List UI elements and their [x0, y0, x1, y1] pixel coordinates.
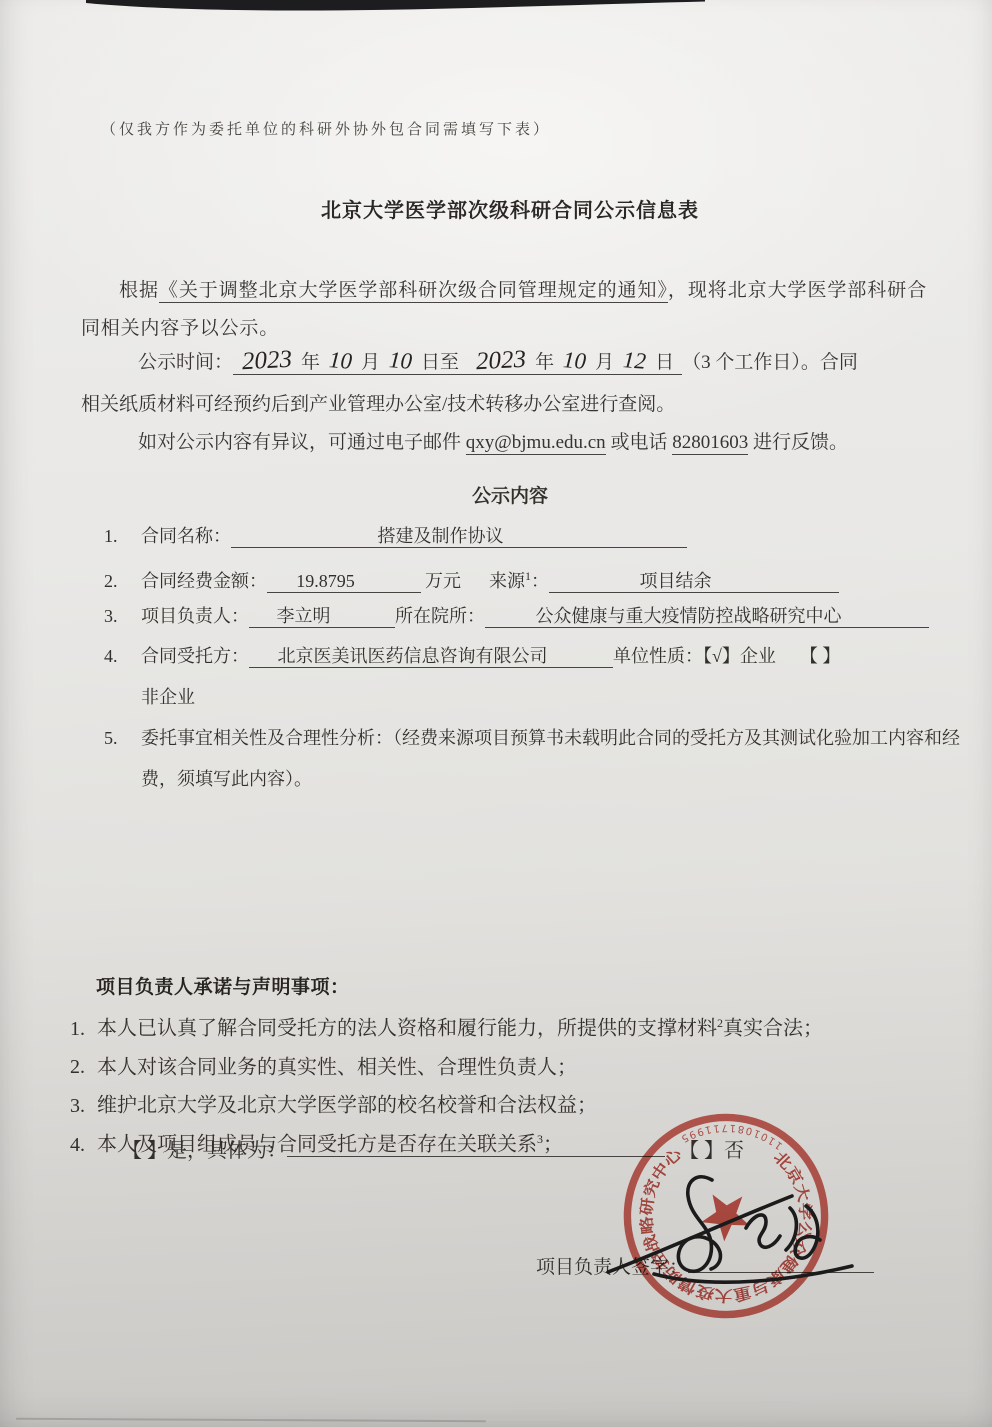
end-month-unit: 月 — [595, 352, 614, 373]
item-contract-name: 1.合同名称：搭建及制作协议 — [104, 516, 992, 557]
declaration-number: 3. — [70, 1090, 97, 1123]
entity-nature-label: 单位性质： — [613, 646, 703, 666]
declaration-text: 维护北京大学及北京大学医学部的校名校誉和合法权益； — [97, 1095, 597, 1117]
publicity-time-paragraph: 公示时间：2023年10月10日至2023年10月12日（3 个工作日）。合同 … — [81, 340, 992, 424]
end-month-handwritten: 10 — [562, 349, 586, 373]
end-year-handwritten: 2023 — [476, 349, 527, 374]
feedback-prefix: 如对公示内容有异议，可通过电子邮件 — [138, 432, 466, 453]
start-month-handwritten: 10 — [328, 349, 352, 373]
declaration-tail: 真实合法； — [723, 1018, 823, 1040]
publicity-time-line2: 相关纸质材料可经预约后到产业管理办公室/技术转移办公室进行查阅。 — [81, 386, 992, 424]
source-colon: ： — [531, 571, 549, 591]
intro-paragraph: 根据《关于调整北京大学医学部科研次级合同管理规定的通知》，现将北京大学医学部科研… — [81, 272, 927, 348]
feedback-middle: 或电话 — [606, 432, 673, 453]
declaration-number: 2. — [70, 1051, 97, 1084]
declaration-number: 1. — [70, 1013, 97, 1046]
end-date-blank: 2023年10月12日 — [467, 350, 682, 375]
start-date-blank: 2023年10月10日至 — [233, 350, 467, 375]
publicity-time-line1: 公示时间：2023年10月10日至2023年10月12日（3 个工作日）。合同 — [138, 340, 992, 386]
declaration-number: 4. — [70, 1129, 97, 1162]
item-number: 1. — [104, 516, 141, 557]
contract-name-value: 搭建及制作协议 — [231, 525, 687, 548]
item-number: 3. — [104, 596, 141, 637]
feedback-suffix: 进行反馈。 — [748, 432, 848, 453]
feedback-email: qxy@bjmu.edu.cn — [466, 432, 606, 455]
enterprise-checkbox-checked: 【√】企业 — [703, 646, 776, 666]
declaration-text: 本人已认真了解合同受托方的法人资格和履行能力，所提供的支撑材料 — [97, 1018, 717, 1040]
contractor-value: 北京医美讯医药信息咨询有限公司 — [249, 645, 613, 668]
pi-label: 项目负责人： — [141, 606, 249, 626]
end-day-handwritten: 12 — [622, 349, 646, 373]
month-unit: 月 — [361, 352, 380, 373]
start-day-handwritten: 10 — [388, 349, 412, 373]
start-year-handwritten: 2023 — [241, 349, 292, 374]
photo-background-edge — [0, 0, 992, 16]
declaration-item: 1.本人已认真了解合同受托方的法人资格和履行能力，所提供的支撑材料2真实合法； — [70, 1007, 946, 1046]
page-title: 北京大学医学部次级科研合同公示信息表 — [14, 194, 992, 223]
paper-crease — [16, 1418, 486, 1422]
dept-label: 所在院所： — [395, 606, 485, 626]
source-label: 来源 — [489, 571, 525, 591]
handwritten-signature — [594, 1166, 886, 1298]
feedback-paragraph: 如对公示内容有异议，可通过电子邮件 qxy@bjmu.edu.cn 或电话 82… — [81, 424, 992, 462]
declaration-item: 2.本人对该合同业务的真实性、相关性、合理性负责人； — [70, 1046, 946, 1085]
declaration-text: 本人对该合同业务的真实性、相关性、合理性负责人； — [97, 1056, 577, 1078]
end-day-unit: 日 — [655, 352, 674, 373]
intro-prefix: 根据 — [119, 280, 159, 301]
yes-detail-blank — [287, 1156, 665, 1157]
end-year-unit: 年 — [535, 352, 554, 373]
item-number: 5. — [104, 718, 141, 759]
form-instruction-note: （仅我方作为委托单位的科研外协外包合同需填写下表） — [101, 118, 551, 139]
non-enterprise-checkbox-empty: 【 】 — [800, 646, 841, 666]
pi-value: 李立明 — [249, 605, 395, 628]
scanned-document-page: （仅我方作为委托单位的科研外协外包合同需填写下表） 北京大学医学部次级科研合同公… — [0, 0, 992, 1427]
contract-name-label: 合同名称： — [141, 526, 231, 546]
contractor-label: 合同受托方： — [141, 646, 249, 666]
analysis-label: 委托事宜相关性及合理性分析： — [141, 728, 393, 748]
regulation-notice-title: 《关于调整北京大学医学部科研次级合同管理规定的通知》 — [159, 280, 668, 303]
amount-label: 合同经费金额： — [141, 571, 267, 591]
amount-value: 19.8795 — [267, 570, 421, 593]
content-section-heading: 公示内容 — [14, 481, 992, 508]
item-contractor: 4.合同受托方：北京医美讯医药信息咨询有限公司单位性质：【√】企业【 】非企业 — [104, 636, 992, 718]
day-to-unit: 日至 — [421, 352, 459, 373]
source-value: 项目结余 — [549, 570, 839, 593]
yes-checkbox-option: 【 】是，具体为： — [122, 1140, 287, 1162]
publicity-time-label: 公示时间： — [138, 352, 233, 373]
feedback-phone: 82801603 — [672, 432, 748, 455]
duration-note: （3 个工作日）。合同 — [682, 352, 858, 373]
non-enterprise-label: 非企业 — [141, 687, 195, 707]
item-relevance-analysis: 5.委托事宜相关性及合理性分析：（经费来源项目预算书未载明此合同的受托方及其测试… — [104, 718, 992, 800]
dept-value: 公众健康与重大疫情防控战略研究中心 — [485, 605, 929, 628]
year-unit: 年 — [301, 352, 320, 373]
item-principal-investigator: 3.项目负责人：李立明所在院所：公众健康与重大疫情防控战略研究中心 — [104, 596, 992, 637]
amount-unit: 万元 — [425, 571, 461, 591]
item-number: 4. — [104, 636, 141, 677]
declaration-heading: 项目负责人承诺与声明事项： — [96, 972, 946, 999]
